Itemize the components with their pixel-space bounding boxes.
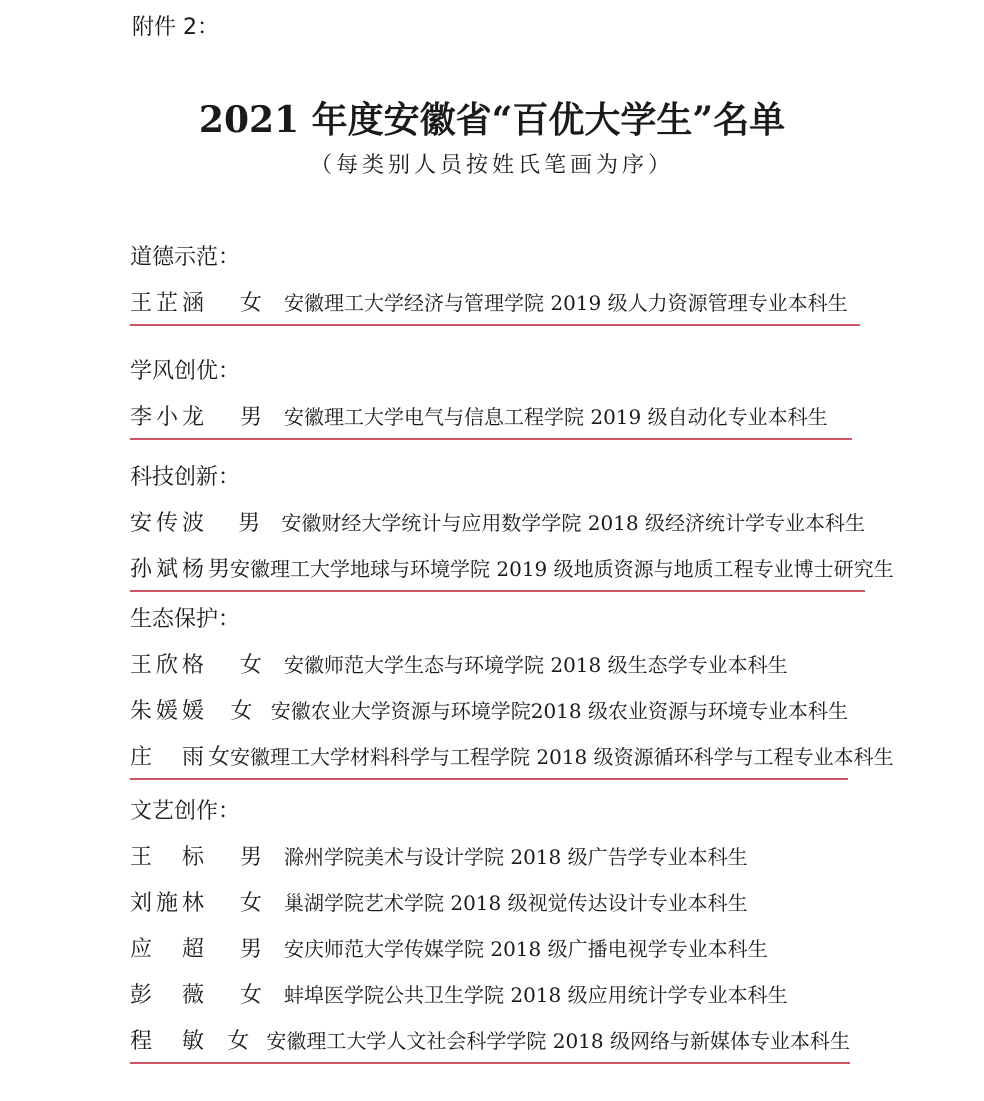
attachment-label: 附件 2： <box>132 10 219 41</box>
person-name: 王 标 <box>130 840 240 871</box>
list-item: 彭 薇 女 蚌埠医学院公共卫生学院 2018 级应用统计学专业本科生 <box>130 970 850 1016</box>
person-detail: 安徽理工大学地球与环境学院 2019 级地质资源与地质工程专业博士研究生 <box>230 553 894 582</box>
person-detail: 安徽理工大学人文社会科学学院 2018 级网络与新媒体专业本科生 <box>266 1025 850 1054</box>
list-item: 李小龙 男 安徽理工大学电气与信息工程学院 2019 级自动化专业本科生 <box>130 392 852 438</box>
person-name: 李小龙 <box>130 400 240 431</box>
person-gender: 女 <box>240 886 284 917</box>
person-name: 王欣格 <box>130 648 240 679</box>
section-underline <box>130 438 852 440</box>
list-item: 刘施林 女 巢湖学院艺术学院 2018 级视觉传达设计专业本科生 <box>130 878 850 924</box>
list-item: 王欣格 女 安徽师范大学生态与环境学院 2018 级生态学专业本科生 <box>130 640 848 686</box>
document-title: 2021 年度安徽省“百优大学生”名单 <box>0 92 984 143</box>
list-item: 程 敏 女 安徽理工大学人文社会科学学院 2018 级网络与新媒体专业本科生 <box>130 1016 850 1062</box>
person-name: 刘施林 <box>130 886 240 917</box>
person-name: 程 敏 <box>130 1024 227 1055</box>
category-heading: 文艺创作： <box>130 792 850 832</box>
category-heading: 生态保护： <box>130 600 848 640</box>
person-detail: 巢湖学院艺术学院 2018 级视觉传达设计专业本科生 <box>284 887 748 916</box>
list-item: 应 超 男 安庆师范大学传媒学院 2018 级广播电视学专业本科生 <box>130 924 850 970</box>
person-detail: 安徽理工大学电气与信息工程学院 2019 级自动化专业本科生 <box>284 401 828 430</box>
list-item: 庄 雨 女 安徽理工大学材料科学与工程学院 2018 级资源循环科学与工程专业本… <box>130 732 848 778</box>
section-underline <box>130 590 865 592</box>
person-detail: 安徽理工大学经济与管理学院 2019 级人力资源管理专业本科生 <box>284 287 848 316</box>
section-eco-protection: 生态保护： 王欣格 女 安徽师范大学生态与环境学院 2018 级生态学专业本科生… <box>130 600 848 780</box>
list-item: 朱媛媛 女 安徽农业大学资源与环境学院2018 级农业资源与环境专业本科生 <box>130 686 848 732</box>
section-tech-innovation: 科技创新： 安传波 男 安徽财经大学统计与应用数学学院 2018 级经济统计学专… <box>130 458 865 592</box>
document-subtitle: （每类别人员按姓氏笔画为序） <box>0 148 984 179</box>
person-gender: 女 <box>227 1024 266 1055</box>
section-arts-creation: 文艺创作： 王 标 男 滁州学院美术与设计学院 2018 级广告学专业本科生 刘… <box>130 792 850 1064</box>
person-gender: 女 <box>240 648 284 679</box>
person-detail: 安徽理工大学材料科学与工程学院 2018 级资源循环科学与工程专业本科生 <box>230 741 894 770</box>
person-detail: 安庆师范大学传媒学院 2018 级广播电视学专业本科生 <box>284 933 768 962</box>
list-item: 王芷涵 女 安徽理工大学经济与管理学院 2019 级人力资源管理专业本科生 <box>130 278 860 324</box>
category-heading: 科技创新： <box>130 458 865 498</box>
person-gender: 女 <box>231 694 271 725</box>
person-gender: 男 <box>240 400 284 431</box>
person-gender: 男 <box>240 932 284 963</box>
person-gender: 男 <box>238 506 281 537</box>
person-name: 孙斌杨 <box>130 552 208 583</box>
list-item: 孙斌杨 男 安徽理工大学地球与环境学院 2019 级地质资源与地质工程专业博士研… <box>130 544 865 590</box>
person-gender: 女 <box>240 978 284 1009</box>
person-gender: 男 <box>240 840 284 871</box>
section-underline <box>130 1062 850 1064</box>
person-gender: 男 <box>208 552 230 583</box>
person-detail: 蚌埠医学院公共卫生学院 2018 级应用统计学专业本科生 <box>284 979 788 1008</box>
person-name: 彭 薇 <box>130 978 240 1009</box>
person-detail: 安徽师范大学生态与环境学院 2018 级生态学专业本科生 <box>284 649 788 678</box>
section-underline <box>130 778 848 780</box>
person-detail: 滁州学院美术与设计学院 2018 级广告学专业本科生 <box>284 841 748 870</box>
category-heading: 道德示范： <box>130 238 860 278</box>
section-underline <box>130 324 860 326</box>
person-name: 庄 雨 <box>130 740 208 771</box>
list-item: 安传波 男 安徽财经大学统计与应用数学学院 2018 级经济统计学专业本科生 <box>130 498 865 544</box>
category-heading: 学风创优： <box>130 352 852 392</box>
list-item: 王 标 男 滁州学院美术与设计学院 2018 级广告学专业本科生 <box>130 832 850 878</box>
person-name: 应 超 <box>130 932 240 963</box>
person-name: 王芷涵 <box>130 286 240 317</box>
section-study-excellence: 学风创优： 李小龙 男 安徽理工大学电气与信息工程学院 2019 级自动化专业本… <box>130 352 852 440</box>
section-moral-model: 道德示范： 王芷涵 女 安徽理工大学经济与管理学院 2019 级人力资源管理专业… <box>130 238 860 326</box>
person-name: 安传波 <box>130 506 238 537</box>
person-gender: 女 <box>208 740 230 771</box>
person-detail: 安徽财经大学统计与应用数学学院 2018 级经济统计学专业本科生 <box>281 507 865 536</box>
person-gender: 女 <box>240 286 284 317</box>
person-name: 朱媛媛 <box>130 694 231 725</box>
person-detail: 安徽农业大学资源与环境学院2018 级农业资源与环境专业本科生 <box>271 695 848 724</box>
